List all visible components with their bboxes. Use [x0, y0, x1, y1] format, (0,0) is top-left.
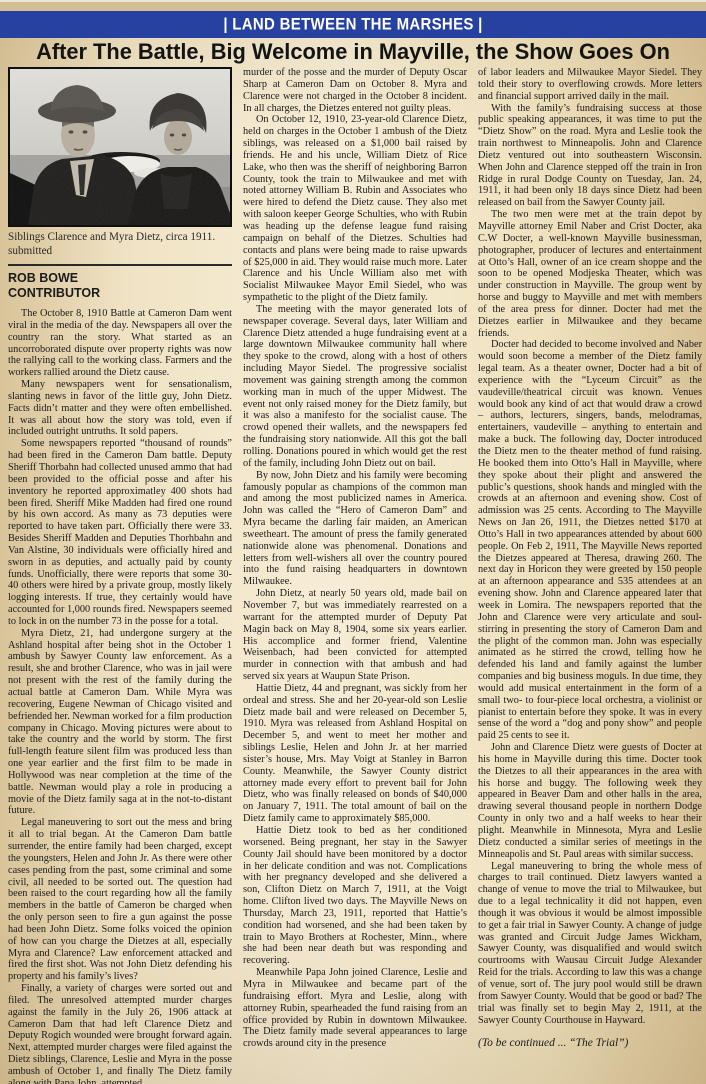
article-paragraph: Docter had decided to become involved an…	[478, 339, 702, 742]
article-paragraph: The two men were met at the train depot …	[478, 209, 702, 339]
article-paragraph: By now, John Dietz and his family were b…	[243, 470, 467, 588]
article-paragraph: Many newspapers went for sensationalism,…	[8, 379, 232, 438]
photo-caption: Siblings Clarence and Myra Dietz, circa …	[8, 231, 232, 258]
article-column-2: murder of the posse and the murder of De…	[243, 67, 467, 1084]
byline-role: CONTRIBUTOR	[8, 286, 232, 301]
article-paragraph: of labor leaders and Milwaukee Mayor Sie…	[478, 67, 702, 103]
column-2-text: murder of the posse and the murder of De…	[243, 67, 467, 1050]
article-paragraph: Some newspapers reported “thousand of ro…	[8, 438, 232, 628]
page-top-edge	[0, 0, 706, 11]
article-paragraph: Myra Dietz, 21, had undergone surgery at…	[8, 628, 232, 818]
photo-caption-text: Siblings Clarence and Myra Dietz, circa …	[8, 231, 232, 245]
byline-name: ROB BOWE	[8, 271, 232, 286]
article-paragraph: Hattie Dietz, 44 and pregnant, was sickl…	[243, 683, 467, 825]
column-3-text: of labor leaders and Milwaukee Mayor Sie…	[478, 67, 702, 1026]
to-be-continued-note: (To be continued ... “The Trial”)	[478, 1038, 702, 1050]
byline: ROB BOWE CONTRIBUTOR	[8, 271, 232, 300]
article-paragraph: Hattie Dietz took to bed as her conditio…	[243, 825, 467, 967]
article-paragraph: Meanwhile Papa John joined Clarence, Les…	[243, 967, 467, 1050]
article-column-1: Siblings Clarence and Myra Dietz, circa …	[8, 67, 232, 1084]
article-paragraph: John and Clarence Dietz were guests of D…	[478, 742, 702, 860]
section-banner: | LAND BETWEEN THE MARSHES |	[0, 11, 706, 38]
article-body: Siblings Clarence and Myra Dietz, circa …	[0, 64, 706, 1084]
article-paragraph: Legal maneuvering to sort out the mess a…	[8, 817, 232, 983]
article-column-3: of labor leaders and Milwaukee Mayor Sie…	[478, 67, 702, 1084]
newspaper-page: | LAND BETWEEN THE MARSHES | After The B…	[0, 0, 706, 1084]
siblings-photo-art	[10, 69, 230, 225]
article-paragraph: On October 12, 1910, 23-year-old Clarenc…	[243, 114, 467, 304]
article-paragraph: Legal maneuvering to bring the whole mes…	[478, 861, 702, 1027]
article-paragraph: murder of the posse and the murder of De…	[243, 67, 467, 114]
article-paragraph: Finally, a variety of charges were sorte…	[8, 983, 232, 1084]
column-1-text: The October 8, 1910 Battle at Cameron Da…	[8, 308, 232, 1084]
article-paragraph: The October 8, 1910 Battle at Cameron Da…	[8, 308, 232, 379]
article-headline: After The Battle, Big Welcome in Mayvill…	[11, 39, 696, 64]
siblings-photo	[8, 67, 232, 227]
section-banner-label: | LAND BETWEEN THE MARSHES |	[223, 15, 482, 33]
article-paragraph: The meeting with the mayor generated lot…	[243, 304, 467, 470]
article-paragraph: With the family’s fundraising success at…	[478, 103, 702, 210]
photo-caption-credit: submitted	[8, 245, 232, 259]
caption-divider	[8, 264, 232, 266]
article-paragraph: John Dietz, at nearly 50 years old, made…	[243, 588, 467, 683]
